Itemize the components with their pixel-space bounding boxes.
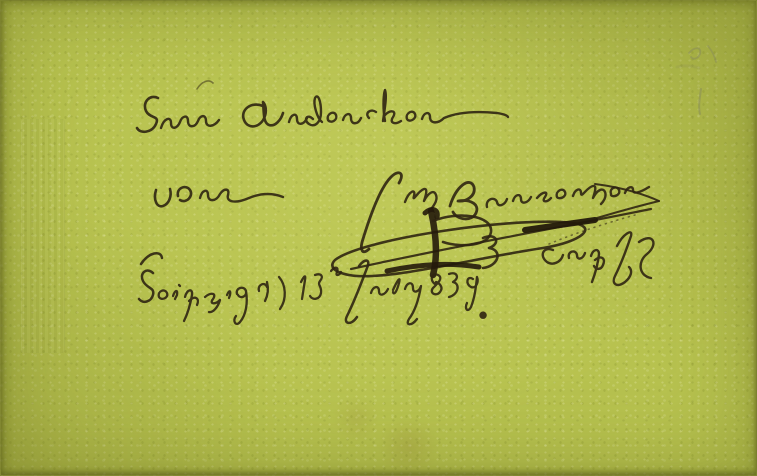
pencil-marks <box>677 46 716 114</box>
signature-with-flourish <box>332 173 659 277</box>
inscription-line2 <box>155 187 283 206</box>
inscription-line1 <box>137 81 508 132</box>
album-leaf-card: Zum Andencken von J M Bausemer Capt Leip… <box>0 0 757 476</box>
handwriting-ink <box>1 1 757 476</box>
